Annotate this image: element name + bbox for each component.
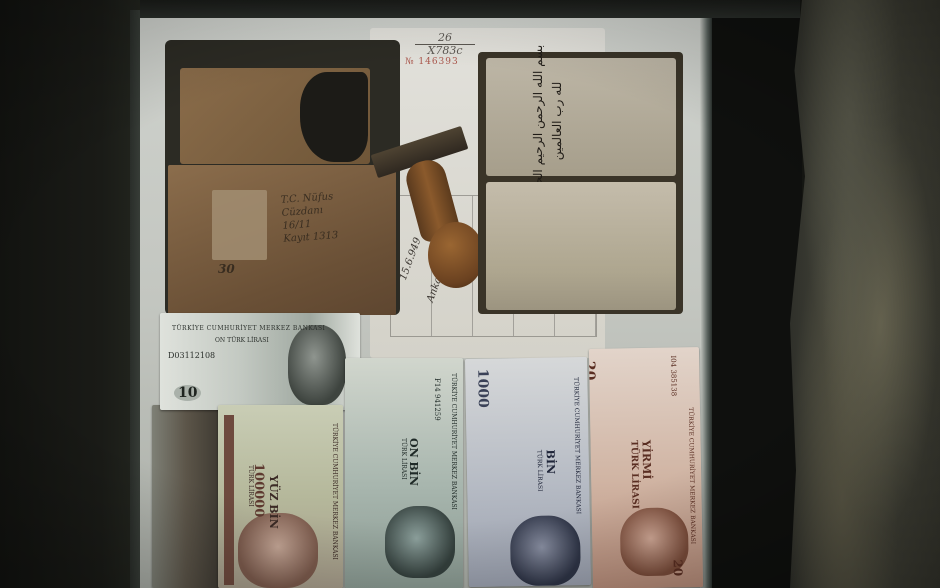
value-words: ON TÜRK LİRASI [215,337,269,344]
book-script-text: بسم الله الرحمن الرحيم الحمد لله رب العا… [529,36,641,206]
stamp-knob [428,222,484,288]
dark-gap [712,18,802,588]
currency: TÜRK LİRASI [400,438,407,480]
registry-serial: № 146393 [405,57,459,67]
banknote-20-lira: 20 I04 385138 TÜRKİYE CUMHURİYET MERKEZ … [589,347,703,588]
banknote-1000-lira: TÜRKİYE CUMHURİYET MERKEZ BANKASI 1000 B… [465,357,591,587]
value-words: BİN [544,449,557,474]
denomination-corner: 20 [671,559,685,576]
banknote-100000-lira: TÜRKİYE CUMHURİYET MERKEZ BANKASI YÜZ Bİ… [218,405,343,588]
banknote-10-lira: TÜRKİYE CUMHURİYET MERKEZ BANKASI ON TÜR… [160,313,360,410]
denomination: 20 [589,361,598,381]
value-words: YÜZ BİN [267,475,280,529]
display-case-top-rim [140,0,800,20]
registry-fraction-bottom: X783c [415,44,475,57]
portrait [288,325,346,405]
banknote-partial-left [152,405,220,588]
passport-paper-label [212,190,267,260]
banknote-10000-lira: TÜRKİYE CUMHURİYET MERKEZ BANKASI F14 94… [345,358,463,588]
bank-name: TÜRKİYE CUMHURİYET MERKEZ BANKASI [172,325,325,332]
denomination: 10 [174,385,201,401]
passport-torn-area [300,72,368,162]
serial-number: D03112108 [168,351,215,360]
bank-name: TÜRKİYE CUMHURİYET MERKEZ BANKASI [687,407,696,544]
bank-name: TÜRKİYE CUMHURİYET MERKEZ BANKASI [450,373,457,510]
glass-edge [700,18,712,588]
portrait [510,515,581,586]
stone-wall [790,0,940,588]
note-stripe [224,415,234,585]
passport-handwriting: T.C. Nüfus Cüzdanı 16/11 Kayıt 1313 [280,186,393,246]
currency: TÜRK LİRASI [536,450,544,492]
portrait [385,506,455,578]
value-words: ON BİN [407,438,420,486]
bank-name: TÜRKİYE CUMHURİYET MERKEZ BANKASI [572,377,581,514]
currency: TÜRK LİRASI [629,440,640,509]
registry-fraction-top: 26 [415,32,475,44]
value-words: YİRMİ [640,440,654,480]
passport-label-mark: 30 [218,262,235,276]
serial-number: F14 941259 [433,378,441,421]
registry-fraction: 26 X783c [415,32,475,57]
serial-number: I04 385138 [669,355,678,396]
bank-name: TÜRKİYE CUMHURİYET MERKEZ BANKASI [331,423,338,560]
book-blank-page [486,182,676,310]
currency: TÜRK LİRASI [247,465,254,507]
denomination: 1000 [474,369,491,408]
dark-display-frame-left [0,0,145,588]
